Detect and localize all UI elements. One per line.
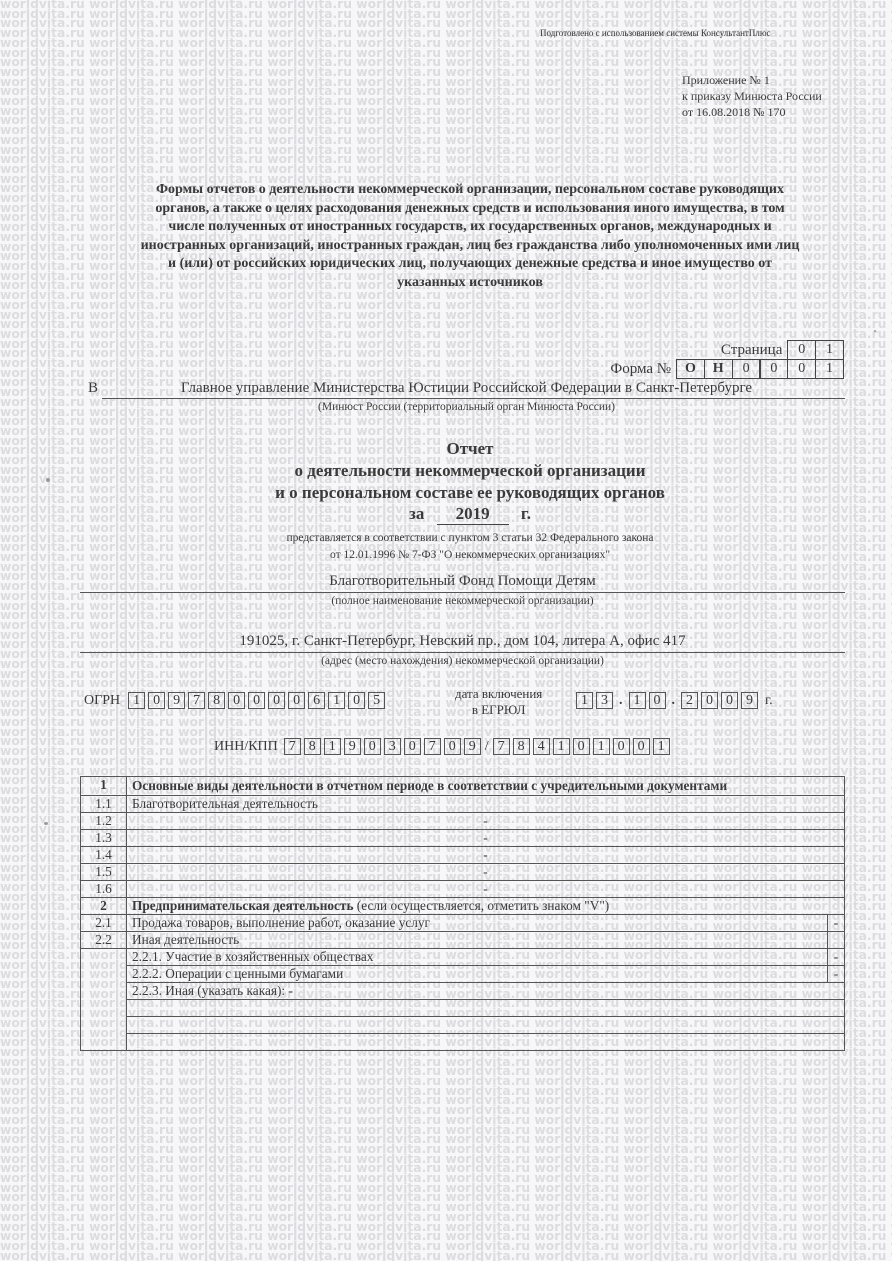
inn-digit-box[interactable]: 0 — [404, 738, 421, 755]
inn-digit-box[interactable]: 8 — [304, 738, 321, 755]
table-row: 2.2.3. Иная (указать какая): - — [81, 983, 845, 1000]
inn-digit-box[interactable]: 3 — [384, 738, 401, 755]
egrul-label-line: дата включения — [455, 686, 542, 702]
activity-cell[interactable] — [127, 1000, 845, 1017]
year-prefix: за — [409, 504, 424, 523]
kpp-digit-box[interactable]: 0 — [633, 738, 650, 755]
row-number: 1.1 — [81, 796, 127, 813]
section-number: 1 — [81, 777, 127, 796]
recipient-value[interactable]: Главное управление Министерства Юстиции … — [88, 380, 845, 397]
ogrn-digit-box[interactable]: 0 — [288, 692, 305, 709]
appendix-line: к приказу Минюста России — [682, 88, 822, 104]
section-1-header-row: 1 Основные виды деятельности в отчетном … — [81, 777, 845, 796]
egrul-day-digit-box[interactable]: 1 — [576, 692, 593, 709]
activity-cell[interactable] — [127, 1034, 845, 1051]
ogrn-field: ОГРН 1097800006105 — [84, 692, 388, 709]
activity-cell[interactable]: Иная деятельность — [127, 932, 828, 949]
section-number: 2 — [81, 898, 127, 915]
row-number: 2.1 — [81, 915, 127, 932]
activity-mark-checkbox[interactable] — [828, 932, 845, 949]
form-char-cell[interactable]: 1 — [815, 359, 844, 379]
page-label: Страница — [721, 342, 782, 359]
page-digit-cell[interactable]: 1 — [815, 340, 844, 360]
row-number: 2.2 — [81, 932, 127, 949]
ogrn-digit-boxes[interactable]: 1097800006105 — [128, 692, 388, 709]
inn-digit-box[interactable]: 9 — [464, 738, 481, 755]
report-year-row: за 2019 г. — [200, 504, 740, 525]
legal-basis: представляется в соответствии с пунктом … — [200, 530, 740, 564]
organization-name-value[interactable]: Благотворительный Фонд Помощи Детям — [80, 573, 845, 593]
activity-cell[interactable]: - — [127, 847, 845, 864]
table-row: 1.2- — [81, 813, 845, 830]
form-char-cell[interactable]: 0 — [732, 359, 761, 379]
consultant-note: Подготовлено с использованием системы Ко… — [540, 28, 771, 38]
inn-kpp-field: ИНН/КПП 7819030709 / 784101001 — [214, 738, 673, 755]
row-number: 1.4 — [81, 847, 127, 864]
scan-speck — [874, 330, 876, 332]
activity-mark-checkbox[interactable]: - — [828, 966, 845, 983]
egrul-date-label: дата включения в ЕГРЮЛ — [455, 686, 542, 718]
form-char-cell[interactable]: 0 — [759, 359, 788, 379]
form-char-cell[interactable]: О — [676, 359, 705, 379]
forms-title: Формы отчетов о деятельности некоммерчес… — [140, 181, 800, 293]
activity-mark-checkbox[interactable]: - — [828, 949, 845, 966]
ogrn-label: ОГРН — [84, 693, 120, 709]
ogrn-digit-box[interactable]: 0 — [348, 692, 365, 709]
organization-address-caption: (адрес (место нахождения) некоммерческой… — [80, 655, 845, 667]
report-title-line: и о персональном составе ее руководящих … — [200, 482, 740, 504]
inn-digit-box[interactable]: 0 — [444, 738, 461, 755]
ogrn-digit-box[interactable]: 1 — [328, 692, 345, 709]
activity-cell[interactable]: 2.2.2. Операции с ценными бумагами — [127, 966, 828, 983]
table-row: 2.2Иная деятельность — [81, 932, 845, 949]
table-row: 1.1Благотворительная деятельность — [81, 796, 845, 813]
activity-cell[interactable]: - — [127, 881, 845, 898]
page-number-field: Страница 0 1 — [721, 340, 844, 360]
organization-address-value[interactable]: 191025, г. Санкт-Петербург, Невский пр.,… — [80, 633, 845, 653]
appendix-line: от 16.08.2018 № 170 — [682, 104, 822, 120]
ogrn-digit-box[interactable]: 8 — [208, 692, 225, 709]
report-year-field[interactable]: 2019 — [437, 504, 509, 525]
organization-name-caption: (полное наименование некоммерческой орга… — [80, 595, 845, 607]
appendix-reference: Приложение № 1 к приказу Минюста России … — [682, 72, 822, 120]
recipient-caption: (Минюст России (территориальный орган Ми… — [88, 401, 845, 413]
date-separator: . — [672, 693, 676, 709]
egrul-date-field: 13 . 10 . 2009 г. — [576, 692, 773, 709]
kpp-digit-box[interactable]: 1 — [553, 738, 570, 755]
kpp-digit-boxes[interactable]: 784101001 — [493, 738, 673, 755]
section-title-bold: Предпринимательская деятельность — [132, 898, 353, 913]
date-separator: . — [619, 693, 623, 709]
kpp-digit-box[interactable]: 7 — [493, 738, 510, 755]
row-number — [81, 949, 127, 1051]
report-title-line: о деятельности некоммерческой организаци… — [200, 460, 740, 482]
table-row: 1.5- — [81, 864, 845, 881]
inn-digit-box[interactable]: 9 — [344, 738, 361, 755]
inn-digit-boxes[interactable]: 7819030709 — [284, 738, 484, 755]
egrul-year-digit-box[interactable]: 0 — [721, 692, 738, 709]
legal-basis-line: представляется в соответствии с пунктом … — [200, 530, 740, 547]
form-number-field: Форма № О Н 0 0 0 1 — [610, 359, 844, 379]
ogrn-digit-box[interactable]: 0 — [268, 692, 285, 709]
inn-digit-box[interactable]: 0 — [364, 738, 381, 755]
row-number: 1.5 — [81, 864, 127, 881]
row-number: 1.2 — [81, 813, 127, 830]
activity-cell[interactable]: - — [127, 813, 845, 830]
section-2-header-row: 2Предпринимательская деятельность (если … — [81, 898, 845, 915]
legal-basis-line: от 12.01.1996 № 7-ФЗ "О некоммерческих о… — [200, 547, 740, 564]
activities-table: 1 Основные виды деятельности в отчетном … — [80, 776, 845, 1051]
activity-cell[interactable]: - — [127, 830, 845, 847]
activity-cell[interactable]: Продажа товаров, выполнение работ, оказа… — [127, 915, 828, 932]
scan-speck — [44, 822, 48, 825]
activity-cell[interactable]: - — [127, 864, 845, 881]
kpp-digit-box[interactable]: 0 — [573, 738, 590, 755]
ogrn-digit-box[interactable]: 7 — [188, 692, 205, 709]
form-char-cell[interactable]: Н — [704, 359, 733, 379]
inn-kpp-separator: / — [485, 739, 489, 755]
table-row: 1.3- — [81, 830, 845, 847]
form-char-cell[interactable]: 0 — [787, 359, 816, 379]
egrul-day-boxes[interactable]: 13 — [576, 692, 616, 709]
activity-mark-checkbox[interactable]: - — [828, 915, 845, 932]
page-digit-cell[interactable]: 0 — [787, 340, 816, 360]
inn-digit-box[interactable]: 7 — [424, 738, 441, 755]
activity-cell[interactable]: 2.2.1. Участие в хозяйственных обществах — [127, 949, 828, 966]
ogrn-digit-box[interactable]: 0 — [148, 692, 165, 709]
row-number: 1.6 — [81, 881, 127, 898]
year-suffix: г. — [521, 504, 531, 523]
kpp-digit-box[interactable]: 4 — [533, 738, 550, 755]
egrul-month-digit-box[interactable]: 1 — [629, 692, 646, 709]
inn-digit-box[interactable]: 1 — [324, 738, 341, 755]
ogrn-digit-box[interactable]: 6 — [308, 692, 325, 709]
egrul-label-line: в ЕГРЮЛ — [455, 702, 542, 718]
egrul-month-digit-box[interactable]: 0 — [649, 692, 666, 709]
table-row: 1.4- — [81, 847, 845, 864]
report-title: Отчет о деятельности некоммерческой орга… — [200, 438, 740, 504]
kpp-digit-box[interactable]: 1 — [653, 738, 670, 755]
kpp-digit-box[interactable]: 0 — [613, 738, 630, 755]
table-row: 1.6- — [81, 881, 845, 898]
egrul-year-digit-box[interactable]: 0 — [701, 692, 718, 709]
ogrn-digit-box[interactable]: 1 — [128, 692, 145, 709]
ogrn-digit-box[interactable]: 0 — [248, 692, 265, 709]
activity-cell[interactable] — [127, 1017, 845, 1034]
activity-cell[interactable]: 2.2.3. Иная (указать какая): - — [127, 983, 845, 1000]
ogrn-digit-box[interactable]: 5 — [368, 692, 385, 709]
appendix-line: Приложение № 1 — [682, 72, 822, 88]
egrul-year-suffix: г. — [765, 693, 773, 709]
kpp-digit-box[interactable]: 8 — [513, 738, 530, 755]
egrul-year-boxes[interactable]: 2009 — [681, 692, 761, 709]
report-title-line: Отчет — [200, 438, 740, 460]
scan-speck — [46, 478, 50, 482]
egrul-year-digit-box[interactable]: 2 — [681, 692, 698, 709]
activity-cell[interactable]: Благотворительная деятельность — [127, 796, 845, 813]
section-title-note: (если осуществляется, отметить знаком "V… — [353, 898, 609, 913]
section-title: Основные виды деятельности в отчетном пе… — [127, 777, 845, 796]
ogrn-digit-box[interactable]: 0 — [228, 692, 245, 709]
egrul-month-boxes[interactable]: 10 — [629, 692, 669, 709]
table-row: 2.1Продажа товаров, выполнение работ, ок… — [81, 915, 845, 932]
section-title: Предпринимательская деятельность (если о… — [127, 898, 845, 915]
table-row: 2.2.2. Операции с ценными бумагами- — [81, 966, 845, 983]
inn-digit-box[interactable]: 7 — [284, 738, 301, 755]
recipient-underline — [102, 398, 845, 399]
egrul-year-digit-box[interactable]: 9 — [741, 692, 758, 709]
row-number: 1.3 — [81, 830, 127, 847]
egrul-day-digit-box[interactable]: 3 — [596, 692, 613, 709]
organization-name-field: Благотворительный Фонд Помощи Детям (пол… — [80, 573, 845, 607]
inn-kpp-label: ИНН/КПП — [214, 739, 278, 755]
table-row — [81, 1000, 845, 1017]
kpp-digit-box[interactable]: 1 — [593, 738, 610, 755]
table-row — [81, 1017, 845, 1034]
form-number-label: Форма № — [610, 361, 671, 378]
organization-address-field: 191025, г. Санкт-Петербург, Невский пр.,… — [80, 633, 845, 667]
table-row — [81, 1034, 845, 1051]
table-row: 2.2.1. Участие в хозяйственных обществах… — [81, 949, 845, 966]
ogrn-digit-box[interactable]: 9 — [168, 692, 185, 709]
